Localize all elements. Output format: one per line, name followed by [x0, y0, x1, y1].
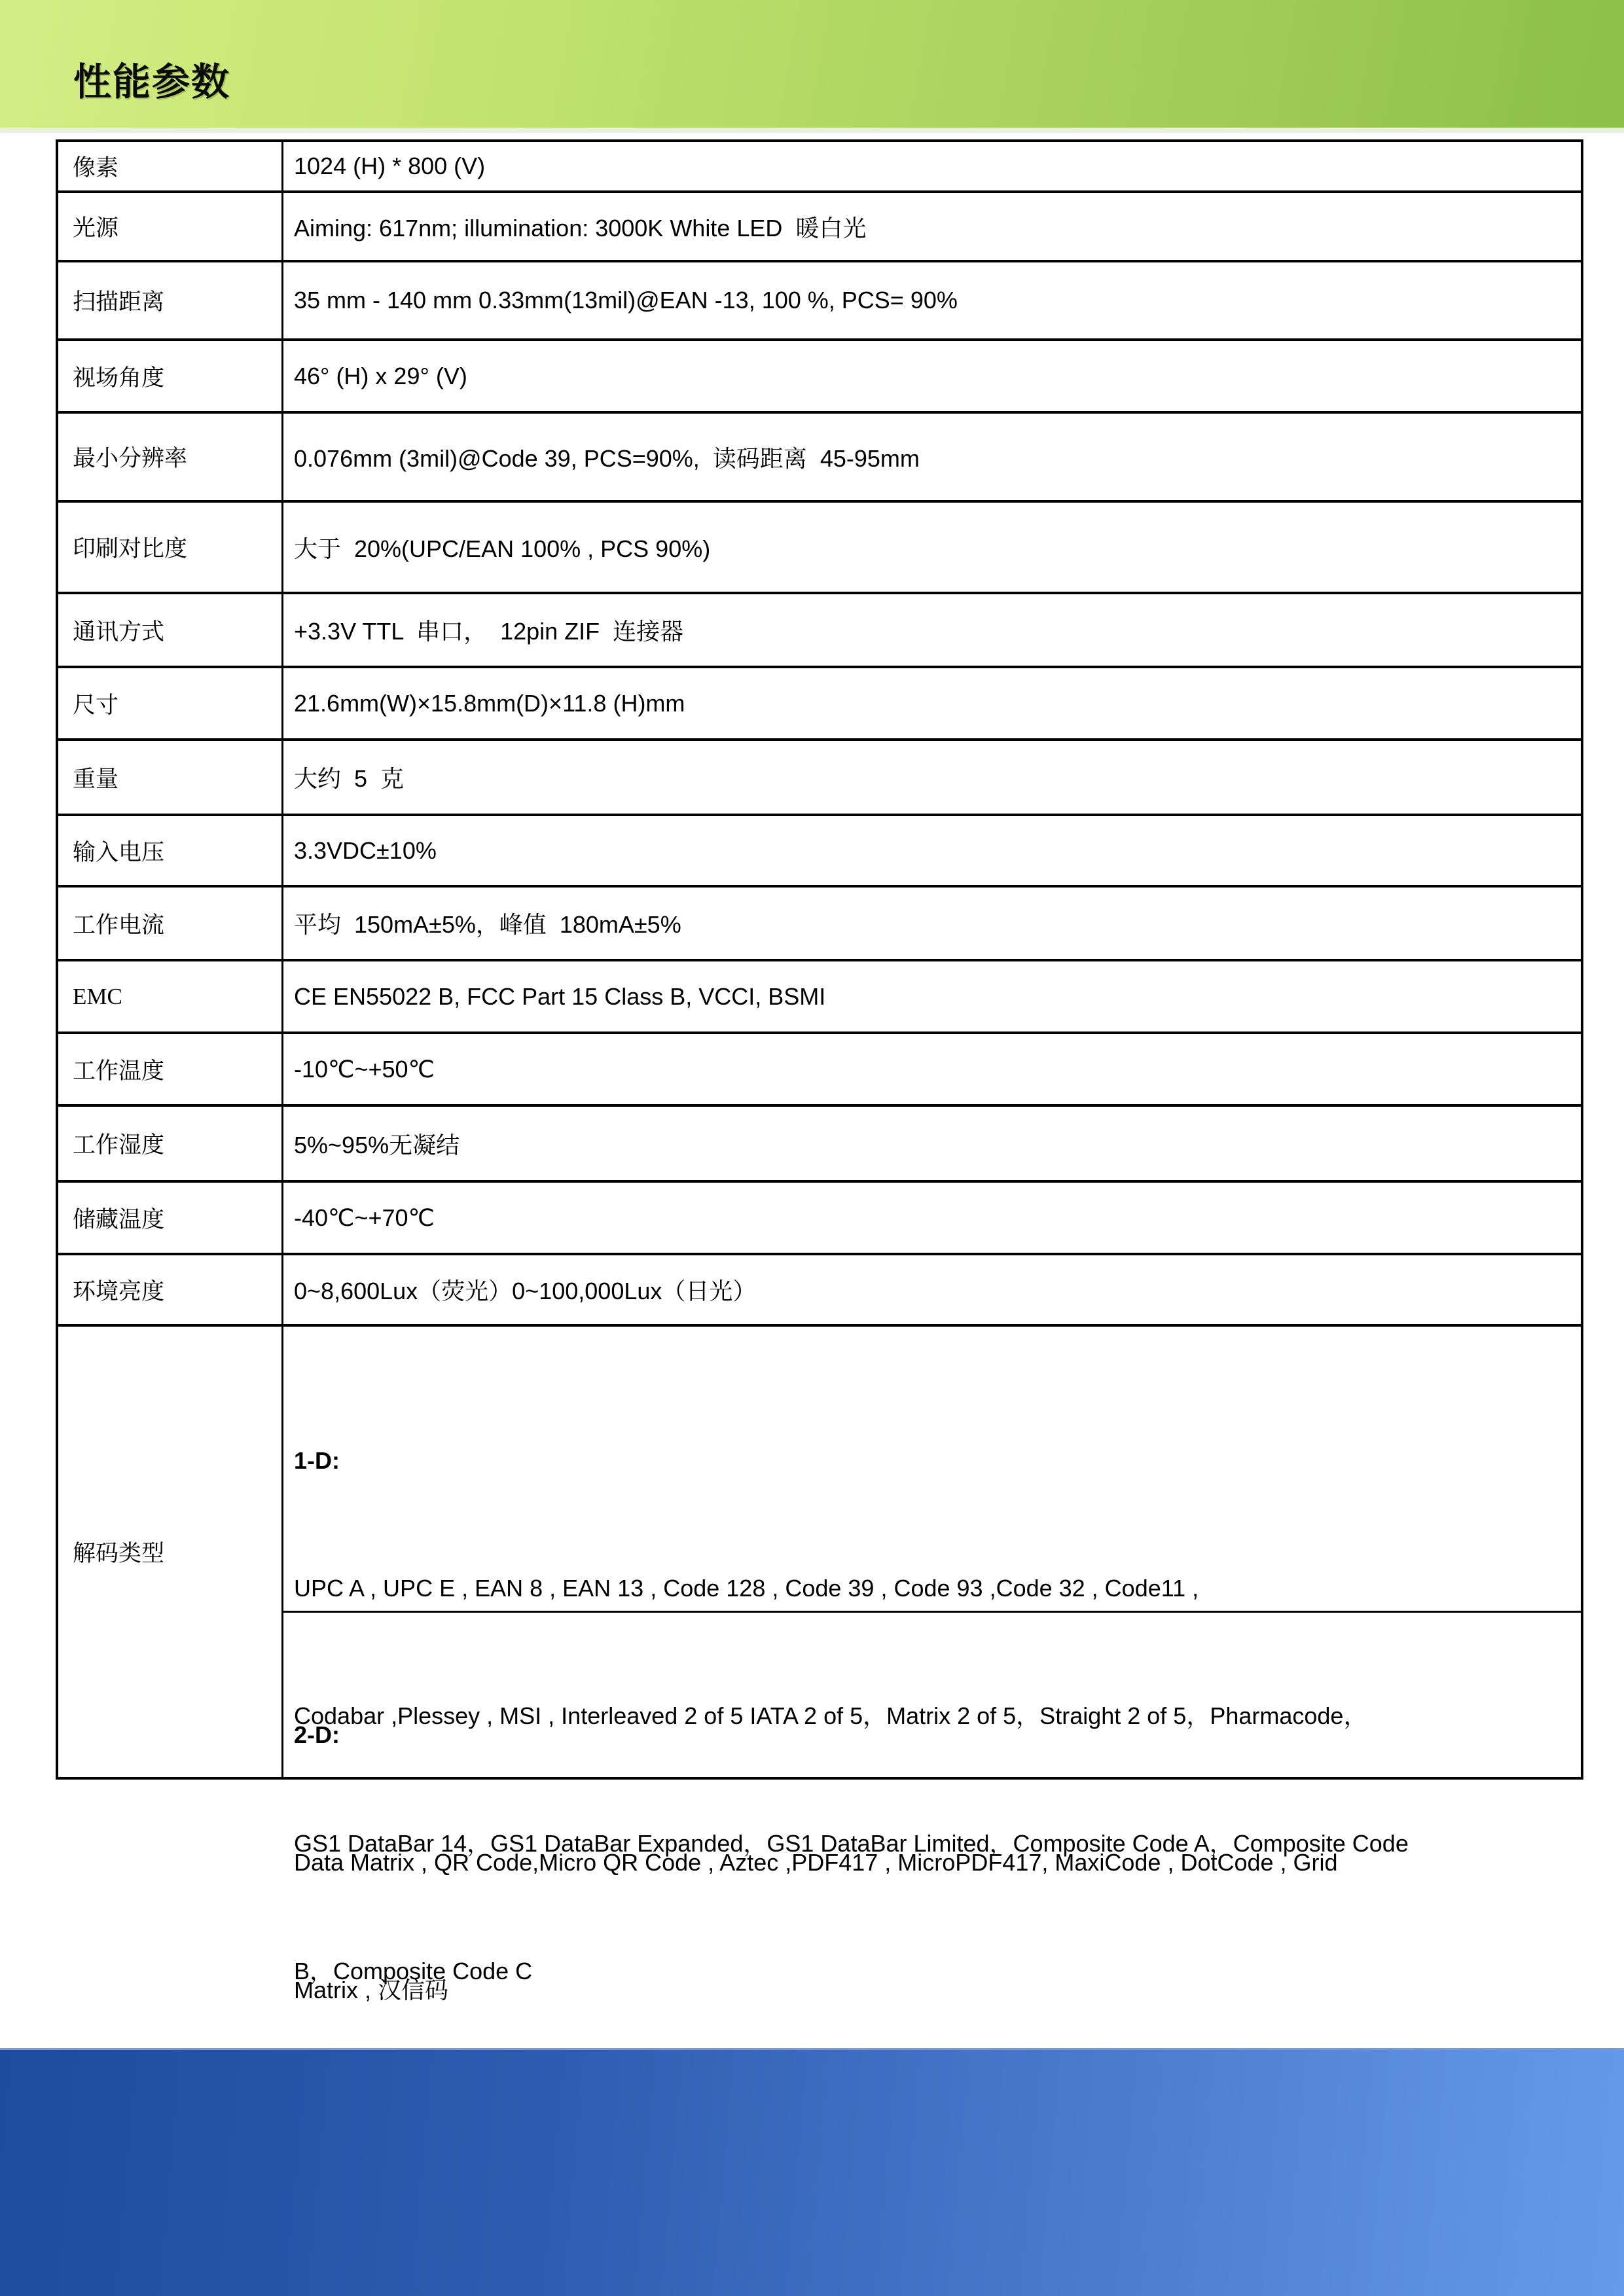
table-row: 工作电流 平均 150mA±5%，峰值 180mA±5% [58, 888, 1581, 961]
table-row: 最小分辨率 0.076mm (3mil)@Code 39, PCS=90%, 读… [58, 414, 1581, 503]
decode-label: 解码类型 [58, 1327, 283, 1777]
decode-row: 解码类型 1-D: UPC A , UPC E , EAN 8 , EAN 13… [58, 1327, 1581, 1777]
row-value: +3.3V TTL 串口， 12pin ZIF 连接器 [283, 594, 1581, 666]
table-row: 像素 1024 (H) * 800 (V) [58, 142, 1581, 193]
row-label: 印刷对比度 [58, 503, 283, 592]
row-label: 视场角度 [58, 341, 283, 411]
row-label: 重量 [58, 741, 283, 814]
row-label: 环境亮度 [58, 1255, 283, 1324]
page-title: 性能参数 [73, 51, 230, 106]
table-row: EMC CE EN55022 B, FCC Part 15 Class B, V… [58, 961, 1581, 1034]
table-row: 印刷对比度 大于 20%(UPC/EAN 100% , PCS 90%) [58, 503, 1581, 594]
row-value: 21.6mm(W)×15.8mm(D)×11.8 (H)mm [283, 668, 1581, 738]
row-value: 1024 (H) * 800 (V) [283, 142, 1581, 190]
row-value: 0~8,600Lux（荧光）0~100,000Lux（日光） [283, 1255, 1581, 1324]
decode-2d-line: Matrix , 汉信码 [294, 1969, 1574, 2011]
row-value: 0.076mm (3mil)@Code 39, PCS=90%, 读码距离 45… [283, 414, 1581, 500]
row-label: 尺寸 [58, 668, 283, 738]
row-value: Aiming: 617nm; illumination: 3000K White… [283, 193, 1581, 260]
table-row: 光源 Aiming: 617nm; illumination: 3000K Wh… [58, 193, 1581, 262]
decode-values: 1-D: UPC A , UPC E , EAN 8 , EAN 13 , Co… [283, 1327, 1581, 1777]
row-label: 光源 [58, 193, 283, 260]
row-value: -40℃~+70℃ [283, 1183, 1581, 1253]
table-row: 重量 大约 5 克 [58, 741, 1581, 816]
row-label: 扫描距离 [58, 262, 283, 338]
row-value: -10℃~+50℃ [283, 1034, 1581, 1104]
row-value: 46° (H) x 29° (V) [283, 341, 1581, 411]
table-row: 环境亮度 0~8,600Lux（荧光）0~100,000Lux（日光） [58, 1255, 1581, 1327]
spec-table: 像素 1024 (H) * 800 (V) 光源 Aiming: 617nm; … [56, 139, 1583, 1780]
page-header: 性能参数 [0, 0, 1624, 133]
decode-1d-cell: 1-D: UPC A , UPC E , EAN 8 , EAN 13 , Co… [283, 1327, 1581, 1613]
decode-1d-line: UPC A , UPC E , EAN 8 , EAN 13 , Code 12… [294, 1567, 1574, 1609]
row-value: 平均 150mA±5%，峰值 180mA±5% [283, 888, 1581, 959]
decode-1d-heading: 1-D: [294, 1439, 1574, 1482]
row-label: 最小分辨率 [58, 414, 283, 500]
table-row: 工作温度 -10℃~+50℃ [58, 1034, 1581, 1107]
row-label: 输入电压 [58, 816, 283, 885]
row-value: CE EN55022 B, FCC Part 15 Class B, VCCI,… [283, 961, 1581, 1031]
table-row: 输入电压 3.3VDC±10% [58, 816, 1581, 888]
table-row: 视场角度 46° (H) x 29° (V) [58, 341, 1581, 414]
row-label: 工作电流 [58, 888, 283, 959]
decode-2d-line: Data Matrix , QR Code,Micro QR Code , Az… [294, 1841, 1574, 1884]
row-label: 通讯方式 [58, 594, 283, 666]
row-label: 储藏温度 [58, 1183, 283, 1253]
row-value: 5%~95%无凝结 [283, 1107, 1581, 1180]
table-row: 通讯方式 +3.3V TTL 串口， 12pin ZIF 连接器 [58, 594, 1581, 668]
row-value: 大于 20%(UPC/EAN 100% , PCS 90%) [283, 503, 1581, 592]
table-row: 扫描距离 35 mm - 140 mm 0.33mm(13mil)@EAN -1… [58, 262, 1581, 341]
table-row: 储藏温度 -40℃~+70℃ [58, 1183, 1581, 1255]
table-row: 尺寸 21.6mm(W)×15.8mm(D)×11.8 (H)mm [58, 668, 1581, 741]
row-value: 3.3VDC±10% [283, 816, 1581, 885]
row-label: 工作湿度 [58, 1107, 283, 1180]
decode-2d-heading: 2-D: [294, 1713, 1574, 1756]
decode-2d-cell: 2-D: Data Matrix , QR Code,Micro QR Code… [283, 1613, 1581, 1777]
row-value: 大约 5 克 [283, 741, 1581, 814]
row-value: 35 mm - 140 mm 0.33mm(13mil)@EAN -13, 10… [283, 262, 1581, 338]
table-row: 工作湿度 5%~95%无凝结 [58, 1107, 1581, 1183]
row-label: 像素 [58, 142, 283, 190]
footer-bar [0, 2048, 1624, 2296]
row-label: 工作温度 [58, 1034, 283, 1104]
row-label: EMC [58, 961, 283, 1031]
